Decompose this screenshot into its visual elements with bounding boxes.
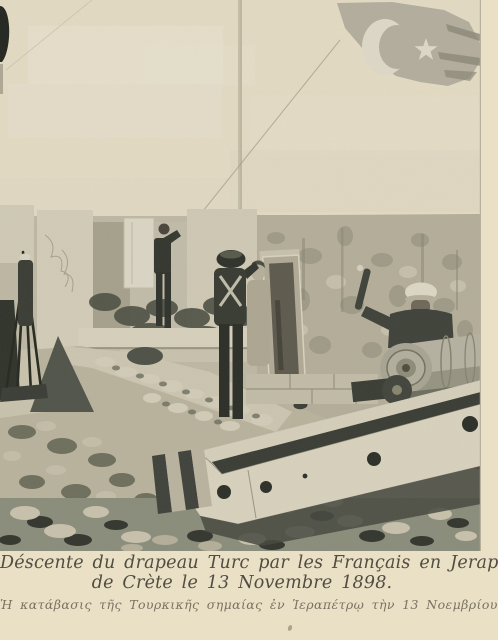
caption-block: Déscente du drapeau Turc par les Françai… [0, 554, 484, 612]
caption-french-line2: de Crète le 13 Novembre 1898. [0, 574, 484, 593]
caption-greek: Ἡ κατάβασις τῆς Τουρκικῆς σημαίας ἐν Ἱερ… [0, 597, 484, 612]
print-speck [287, 624, 293, 631]
caption-french-line1: Déscente du drapeau Turc par les Françai… [0, 554, 484, 573]
postcard-page: Déscente du drapeau Turc par les Françai… [0, 0, 498, 640]
photo-grain [0, 0, 481, 551]
page-margin-right [481, 0, 498, 640]
photograph [0, 0, 481, 551]
